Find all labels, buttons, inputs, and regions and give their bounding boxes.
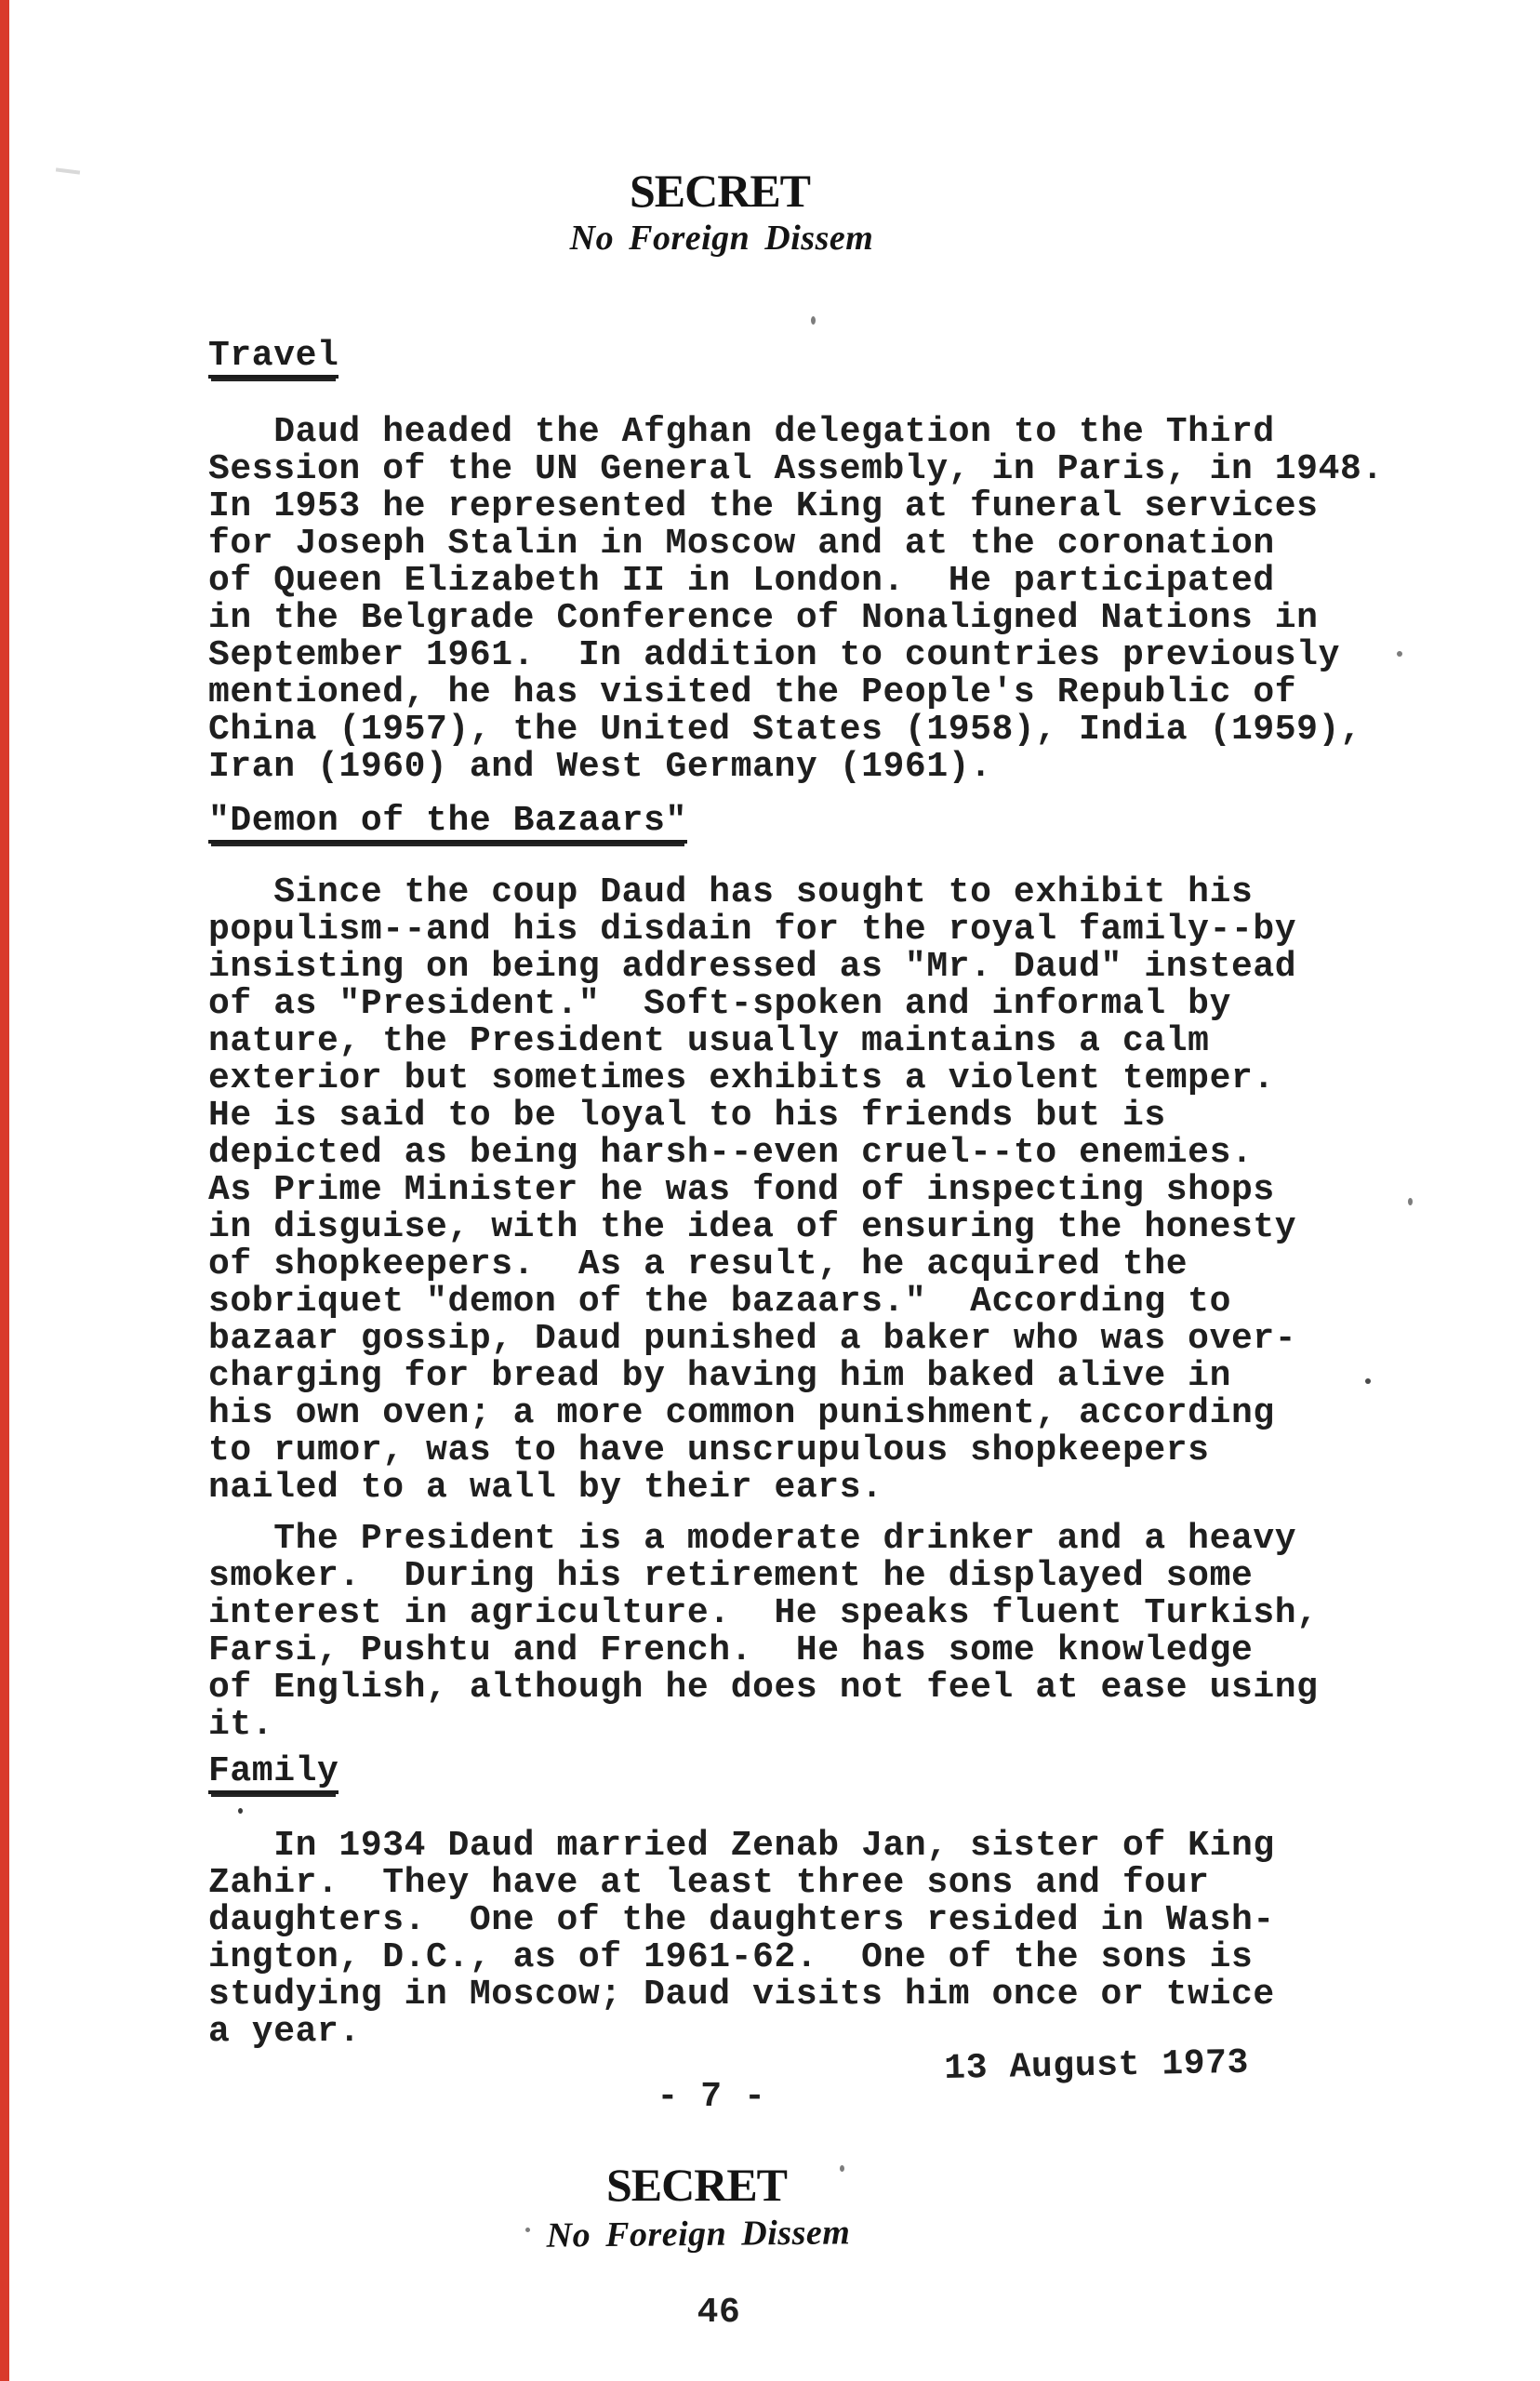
section-heading-demon-label: "Demon of the Bazaars" [208,803,687,844]
footer-classification: SECRET [0,2160,1393,2210]
section-heading-demon: "Demon of the Bazaars" [208,803,687,844]
section-heading-family-label: Family [208,1753,339,1794]
demon-paragraph-2: The President is a moderate drinker and … [208,1521,1319,1744]
travel-paragraph: Daud headed the Afghan delegation to the… [208,414,1384,786]
section-heading-travel: Travel [208,338,339,379]
scan-speck [1408,1198,1413,1205]
family-paragraph: In 1934 Daud married Zenab Jan, sister o… [208,1828,1275,2051]
footer-page-number: - 7 - [0,2079,1423,2116]
section-heading-family: Family [208,1753,339,1794]
scan-speck [525,2228,530,2232]
scan-speck [811,316,816,325]
scan-speck [1397,651,1402,657]
scan-speck [1365,1378,1371,1384]
header-classification: SECRET [0,166,1440,216]
section-heading-travel-label: Travel [208,338,339,379]
scan-speck [840,2165,844,2172]
footer-sheet-number: 46 [0,2295,1438,2332]
header-caveat: No Foreign Dissem [0,219,1443,257]
footer-caveat: No Foreign Dissem [0,2208,1397,2260]
scan-speck [238,1808,243,1814]
scan-edge-stripe [0,0,9,2381]
demon-paragraph-1: Since the coup Daud has sought to exhibi… [208,874,1296,1507]
